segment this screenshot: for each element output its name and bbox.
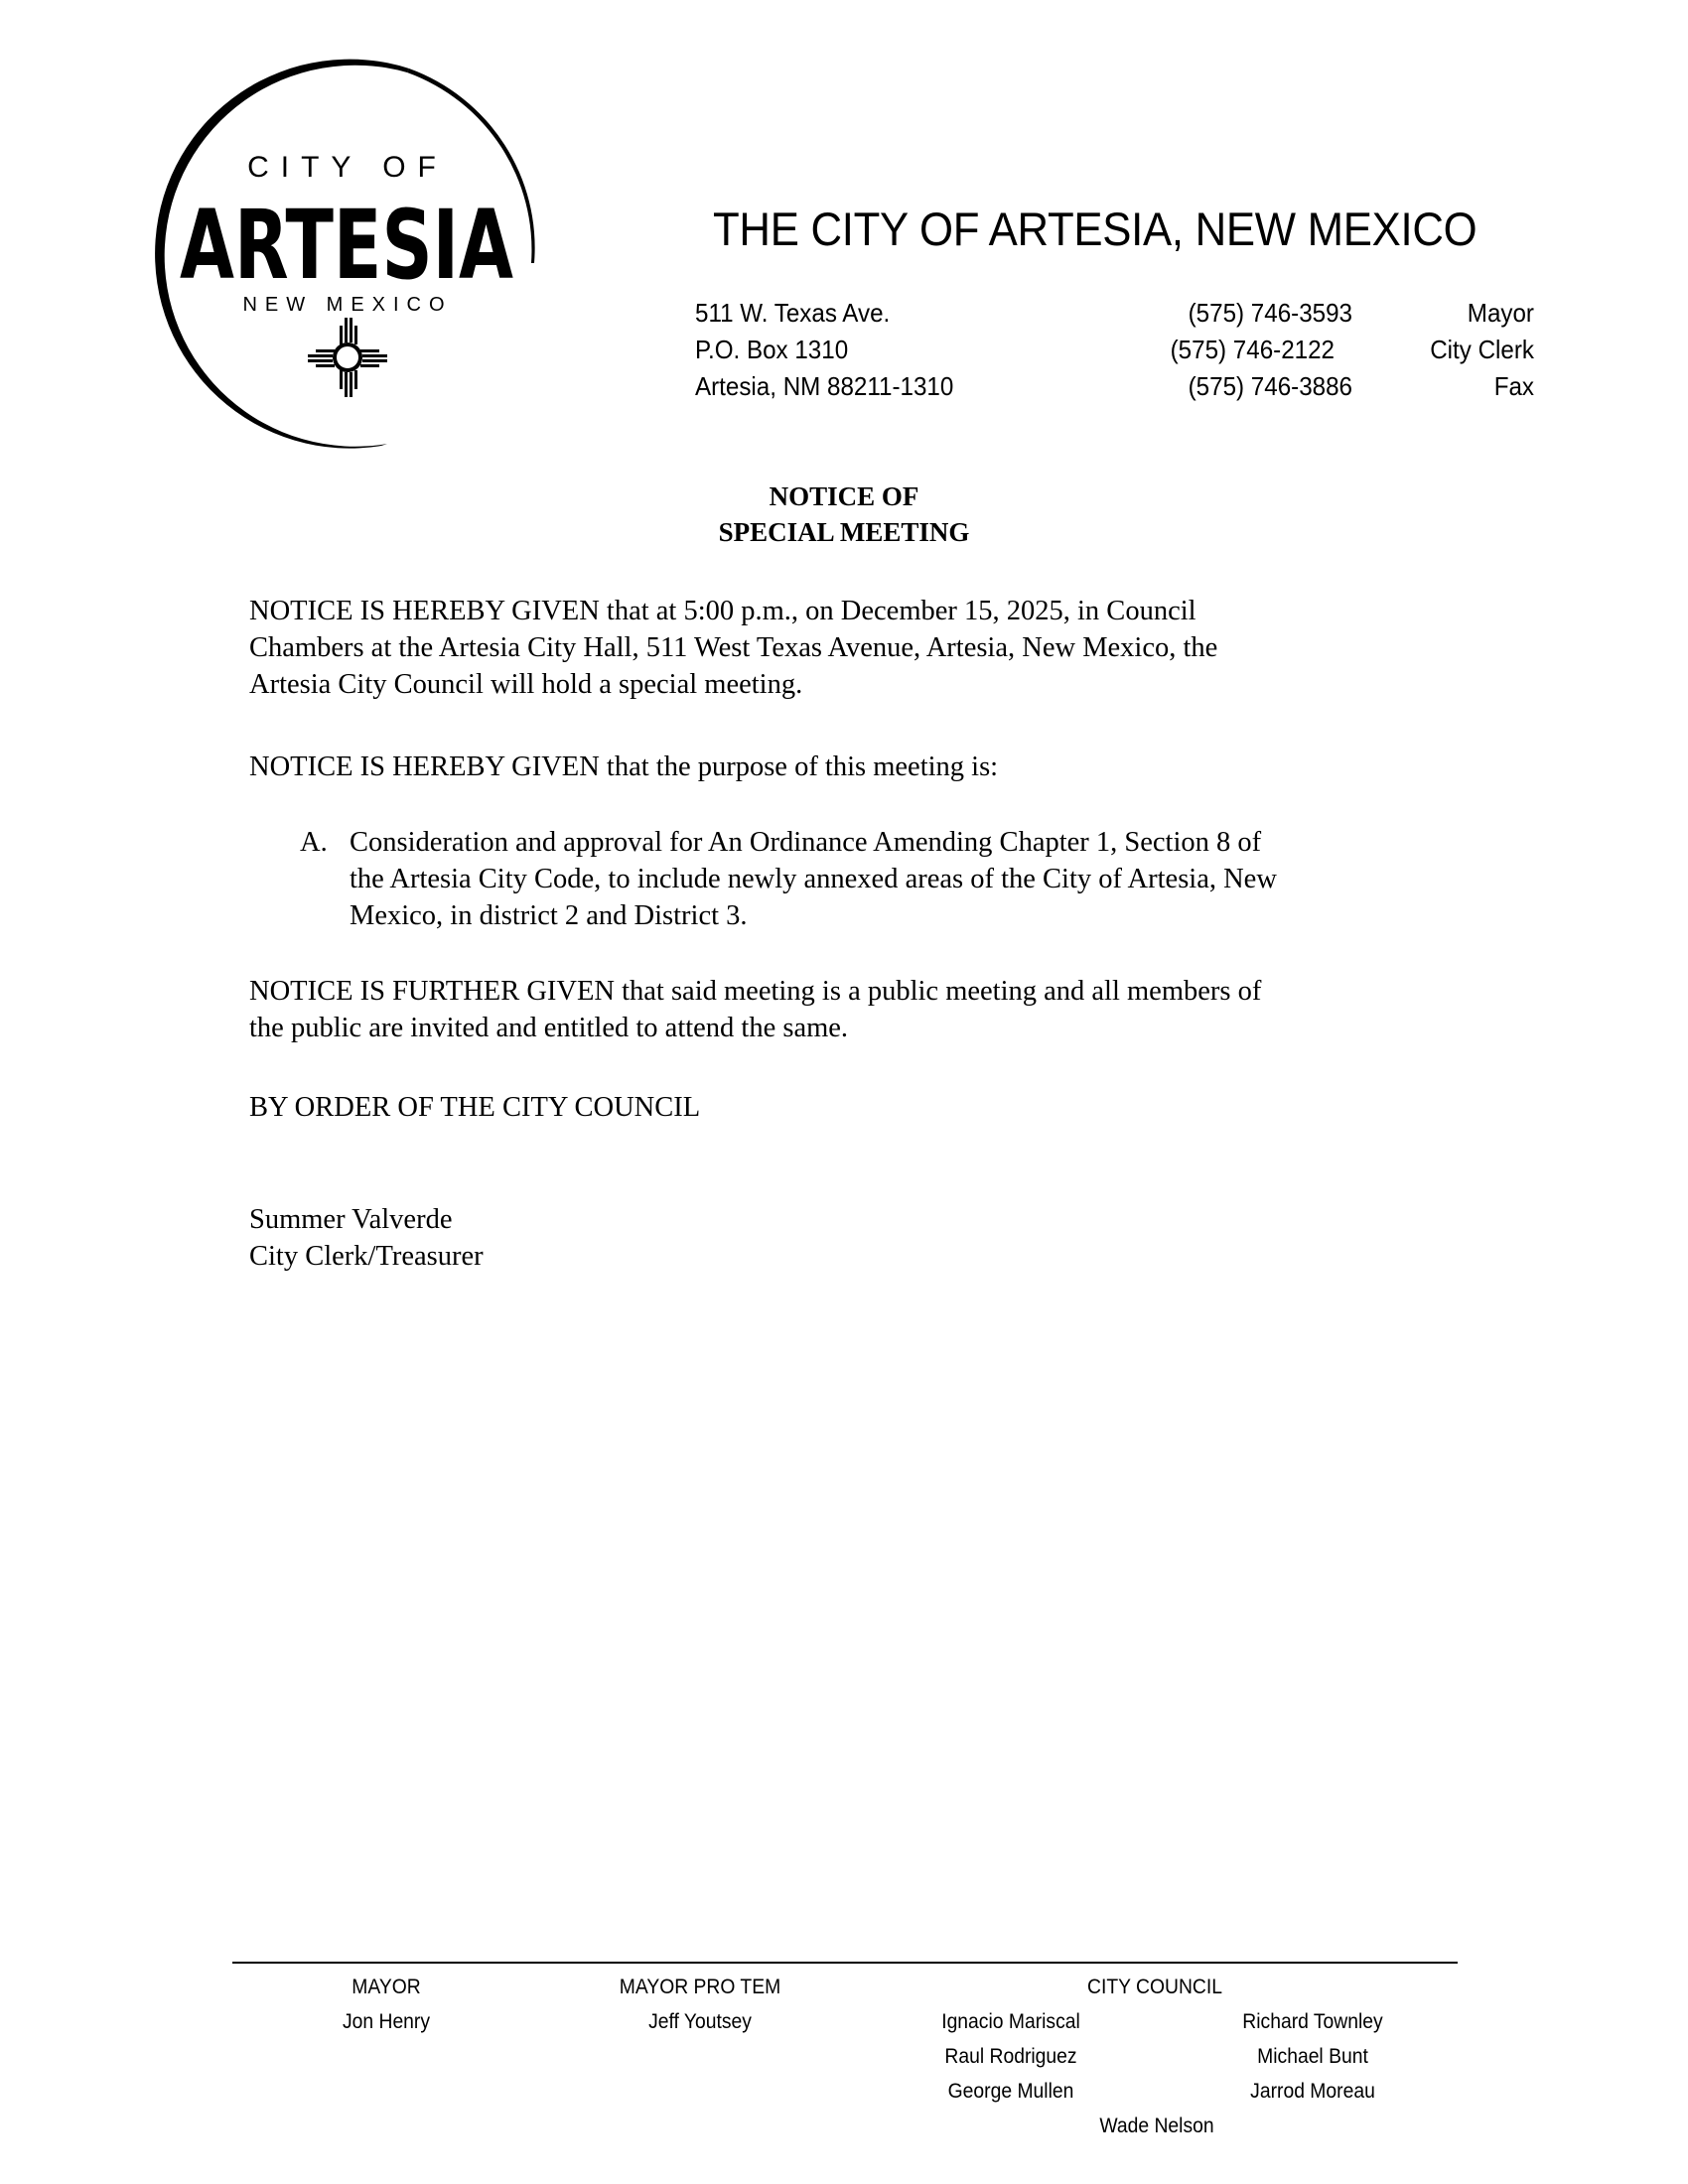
council-member-bottom: Wade Nelson [1065, 2109, 1248, 2143]
footer-city-council-heading: CITY COUNCIL [1018, 1970, 1292, 2004]
contact-row: 511 W. Texas Ave. (575) 746-3593 Mayor [0, 298, 1688, 335]
official-name: Jon Henry [295, 2004, 478, 2039]
address-line: Artesia, NM 88211-1310 [695, 371, 953, 402]
phone-role: Mayor [1354, 298, 1534, 329]
council-member: Wade Nelson [1065, 2109, 1248, 2143]
council-member: George Mullen [919, 2074, 1102, 2109]
logo-city-of: CITY OF [247, 151, 448, 184]
council-member: Michael Bunt [1221, 2039, 1404, 2074]
text-line: Mexico, in district 2 and District 3. [350, 897, 1277, 934]
text-line: NOTICE IS HEREBY GIVEN that at 5:00 p.m.… [249, 593, 1217, 629]
notice-title-line1: NOTICE OF [0, 478, 1688, 514]
contact-row: P.O. Box 1310 (575) 746-2122 City Clerk [0, 335, 1688, 371]
address-line: P.O. Box 1310 [695, 335, 848, 365]
notice-title: NOTICE OF SPECIAL MEETING [0, 478, 1688, 550]
agenda-item-marker: A. [300, 824, 328, 861]
text-line: the Artesia City Code, to include newly … [350, 861, 1277, 897]
council-member: Jarrod Moreau [1221, 2074, 1404, 2109]
signature-block: Summer Valverde City Clerk/Treasurer [249, 1201, 484, 1275]
phone-number: (575) 746-2122 [1130, 335, 1335, 365]
text-line: Artesia City Council will hold a special… [249, 666, 1217, 703]
text-line: NOTICE IS FURTHER GIVEN that said meetin… [249, 973, 1261, 1010]
purpose-paragraph: NOTICE IS HEREBY GIVEN that the purpose … [249, 749, 998, 785]
text-line: Consideration and approval for An Ordina… [350, 824, 1277, 861]
phone-number: (575) 746-3886 [1148, 371, 1352, 402]
meeting-details-paragraph: NOTICE IS HEREBY GIVEN that at 5:00 p.m.… [249, 593, 1217, 703]
phone-role: Fax [1354, 371, 1534, 402]
phone-role: City Clerk [1354, 335, 1534, 365]
signer-title: City Clerk/Treasurer [249, 1238, 484, 1275]
footer-mayor-pro-tem: MAYOR PRO TEM Jeff Youtsey [609, 1970, 791, 2039]
council-member: Ignacio Mariscal [919, 2004, 1102, 2039]
council-member: Raul Rodriguez [919, 2039, 1102, 2074]
public-meeting-paragraph: NOTICE IS FURTHER GIVEN that said meetin… [249, 973, 1261, 1046]
council-member: Richard Townley [1221, 2004, 1404, 2039]
footer-heading: MAYOR [295, 1970, 478, 2004]
footer-heading: MAYOR PRO TEM [609, 1970, 791, 2004]
letterhead-title: THE CITY OF ARTESIA, NEW MEXICO [713, 202, 1477, 256]
text-line: the public are invited and entitled to a… [249, 1010, 1261, 1046]
council-column-right: Richard Townley Michael Bunt Jarrod More… [1221, 2004, 1404, 2109]
official-name: Jeff Youtsey [609, 2004, 791, 2039]
contact-row: Artesia, NM 88211-1310 (575) 746-3886 Fa… [0, 371, 1688, 408]
signer-name: Summer Valverde [249, 1201, 484, 1238]
logo-artesia: ARTESIA [180, 190, 513, 301]
notice-title-line2: SPECIAL MEETING [0, 514, 1688, 550]
text-line: Chambers at the Artesia City Hall, 511 W… [249, 629, 1217, 666]
agenda-item-text: Consideration and approval for An Ordina… [350, 824, 1277, 934]
order-line: BY ORDER OF THE CITY COUNCIL [249, 1089, 700, 1126]
footer-divider [232, 1962, 1458, 1964]
address-line: 511 W. Texas Ave. [695, 298, 890, 329]
footer-mayor: MAYOR Jon Henry [295, 1970, 478, 2039]
council-column-left: Ignacio Mariscal Raul Rodriguez George M… [919, 2004, 1102, 2109]
phone-number: (575) 746-3593 [1148, 298, 1352, 329]
footer-heading: CITY COUNCIL [1018, 1970, 1292, 2004]
